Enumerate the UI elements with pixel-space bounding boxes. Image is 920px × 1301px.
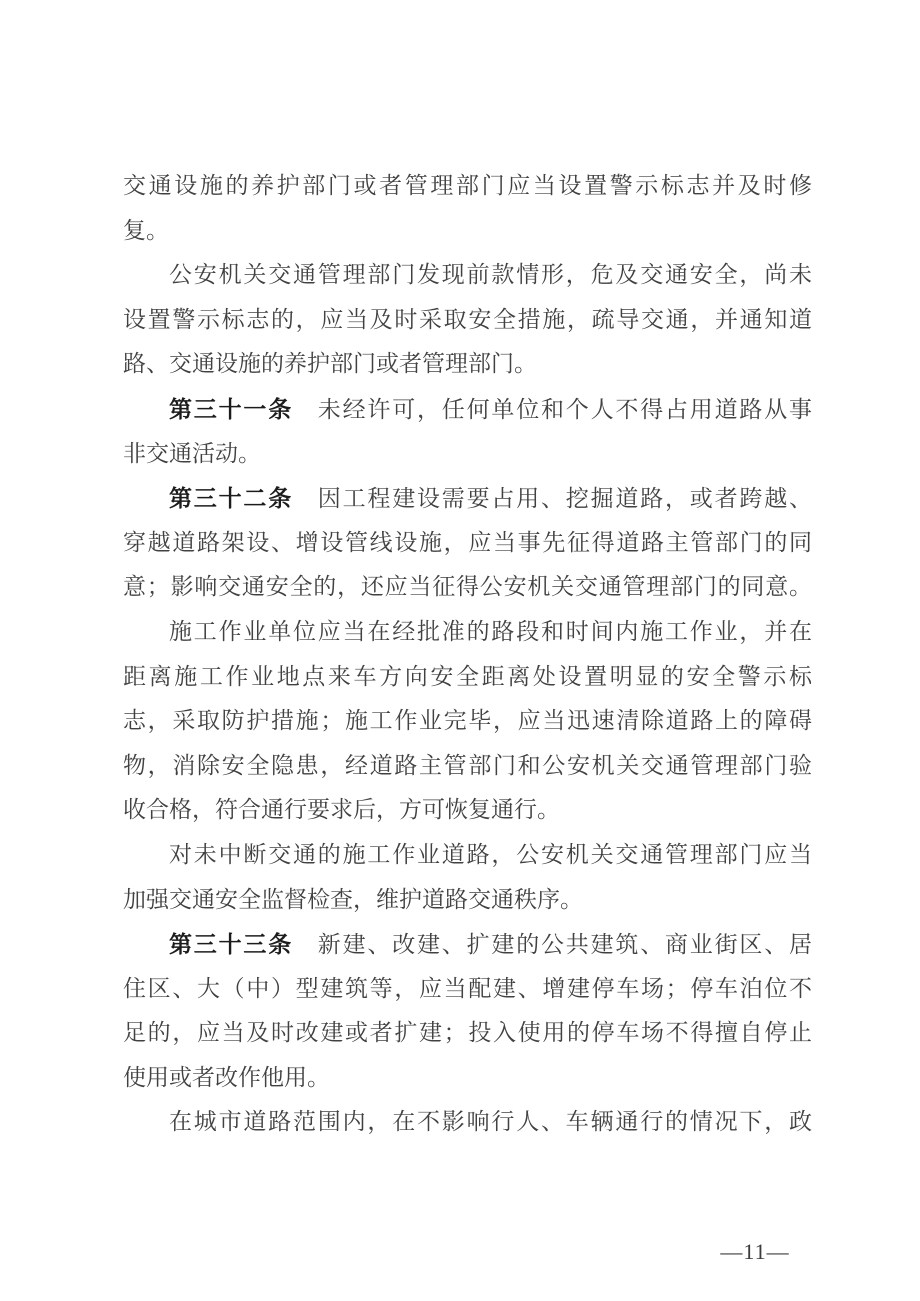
text-line: 非交通活动。 (123, 432, 812, 477)
page-number: —11— (690, 1239, 820, 1265)
text-line: 复。 (123, 209, 812, 254)
text-segment: 收合格，符合通行要求后，方可恢复通行。 (123, 797, 560, 822)
text-line: 对未中断交通的施工作业道路，公安机关交通管理部门应当 (123, 833, 812, 878)
text-line: 使用或者改作他用。 (123, 1056, 812, 1101)
text-line: 施工作业单位应当在经批准的路段和时间内施工作业，并在 (123, 610, 812, 655)
text-line: 设置警示标志的，应当及时采取安全措施，疏导交通，并通知道 (123, 298, 812, 343)
text-segment: 设置警示标志的，应当及时采取安全措施，疏导交通，并通知道 (123, 307, 812, 332)
text-line: 路、交通设施的养护部门或者管理部门。 (123, 342, 812, 387)
text-line: 交通设施的养护部门或者管理部门应当设置警示标志并及时修 (123, 164, 812, 209)
text-segment: 物，消除安全隐患，经道路主管部门和公安机关交通管理部门验 (123, 753, 812, 778)
document-body: 交通设施的养护部门或者管理部门应当设置警示标志并及时修复。公安机关交通管理部门发… (123, 164, 812, 1145)
text-segment: 住区、大（中）型建筑等，应当配建、增建停车场；停车泊位不 (123, 976, 812, 1001)
text-segment: 未经许可，任何单位和个人不得占用道路从事 (293, 397, 812, 422)
text-line: 收合格，符合通行要求后，方可恢复通行。 (123, 788, 812, 833)
text-segment: 使用或者改作他用。 (123, 1065, 330, 1090)
text-line: 第三十一条 未经许可，任何单位和个人不得占用道路从事 (123, 387, 812, 432)
text-segment: 穿越道路架设、增设管线设施，应当事先征得道路主管部门的同 (123, 530, 812, 555)
text-line: 穿越道路架设、增设管线设施，应当事先征得道路主管部门的同 (123, 521, 812, 566)
article-number-heading: 第三十一条 (169, 396, 293, 422)
text-segment: 意；影响交通安全的，还应当征得公安机关交通管理部门的同意。 (123, 574, 812, 599)
article-number-heading: 第三十二条 (169, 485, 293, 511)
text-line: 加强交通安全监督检查，维护道路交通秩序。 (123, 878, 812, 923)
text-line: 距离施工作业地点来车方向安全距离处设置明显的安全警示标 (123, 655, 812, 700)
text-segment: 公安机关交通管理部门发现前款情形，危及交通安全，尚未 (169, 262, 812, 287)
text-segment: 因工程建设需要占用、挖掘道路，或者跨越、 (293, 486, 812, 511)
text-segment: 足的，应当及时改建或者扩建；投入使用的停车场不得擅自停止 (123, 1020, 812, 1045)
text-segment: 新建、改建、扩建的公共建筑、商业街区、居 (293, 932, 812, 957)
text-segment: 距离施工作业地点来车方向安全距离处设置明显的安全警示标 (123, 664, 812, 689)
text-line: 在城市道路范围内，在不影响行人、车辆通行的情况下，政 (123, 1100, 812, 1145)
text-segment: 对未中断交通的施工作业道路，公安机关交通管理部门应当 (169, 842, 812, 867)
text-segment: 路、交通设施的养护部门或者管理部门。 (123, 351, 537, 376)
text-segment: 加强交通安全监督检查，维护道路交通秩序。 (123, 887, 583, 912)
text-segment: 志，采取防护措施；施工作业完毕，应当迅速清除道路上的障碍 (123, 708, 812, 733)
text-segment: 非交通活动。 (123, 441, 261, 466)
article-number-heading: 第三十三条 (169, 931, 293, 957)
text-line: 意；影响交通安全的，还应当征得公安机关交通管理部门的同意。 (123, 565, 812, 610)
text-line: 物，消除安全隐患，经道路主管部门和公安机关交通管理部门验 (123, 744, 812, 789)
text-segment: 在城市道路范围内，在不影响行人、车辆通行的情况下，政 (169, 1109, 812, 1134)
text-segment: 交通设施的养护部门或者管理部门应当设置警示标志并及时修 (123, 173, 812, 198)
text-line: 第三十二条 因工程建设需要占用、挖掘道路，或者跨越、 (123, 476, 812, 521)
text-line: 足的，应当及时改建或者扩建；投入使用的停车场不得擅自停止 (123, 1011, 812, 1056)
text-line: 志，采取防护措施；施工作业完毕，应当迅速清除道路上的障碍 (123, 699, 812, 744)
text-line: 住区、大（中）型建筑等，应当配建、增建停车场；停车泊位不 (123, 967, 812, 1012)
text-segment: 施工作业单位应当在经批准的路段和时间内施工作业，并在 (169, 619, 812, 644)
text-line: 第三十三条 新建、改建、扩建的公共建筑、商业街区、居 (123, 922, 812, 967)
document-page: 交通设施的养护部门或者管理部门应当设置警示标志并及时修复。公安机关交通管理部门发… (0, 0, 920, 1301)
text-segment: 复。 (123, 218, 169, 243)
text-line: 公安机关交通管理部门发现前款情形，危及交通安全，尚未 (123, 253, 812, 298)
